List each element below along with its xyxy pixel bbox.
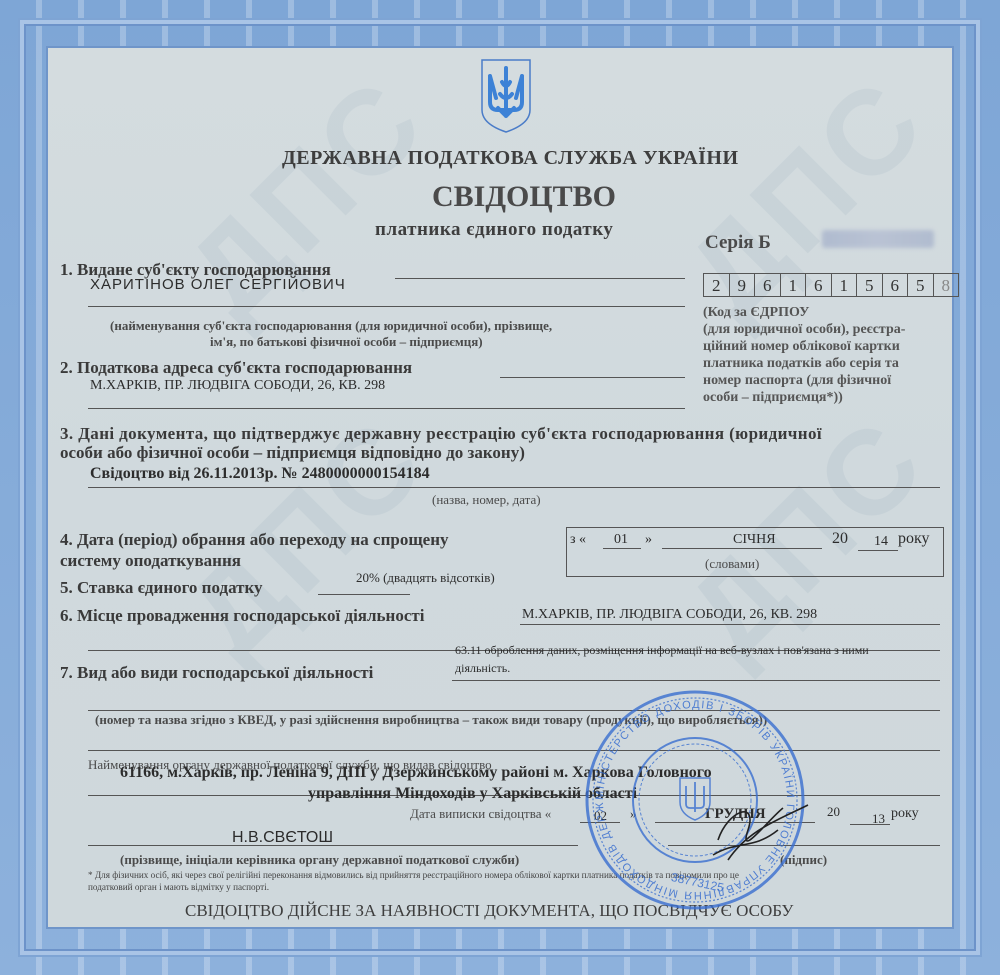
item5-label: 5. Ставка єдиного податку [60, 578, 263, 598]
issue-century: 20 [827, 804, 840, 820]
activity-line-2: діяльність. [455, 661, 510, 676]
date-quote: » [645, 532, 652, 548]
business-location: М.ХАРКІВ, ПР. ЛЮДВІГА СОБОДИ, 26, КВ. 29… [522, 607, 817, 623]
series-number-redacted [822, 230, 934, 248]
item3-label-2: особи або фізичної особи – підприємця ві… [60, 443, 525, 463]
underline [88, 487, 940, 488]
date-hint: (словами) [705, 556, 759, 572]
date-century: 20 [832, 530, 848, 548]
code-note-line: платника податків або серія та [703, 355, 943, 372]
code-digit: 6 [755, 274, 781, 296]
registration-document: Свідоцтво від 26.11.2013р. № 24800000001… [90, 465, 430, 483]
code-digit: 6 [806, 274, 832, 296]
underline [500, 377, 685, 378]
code-digit: 9 [730, 274, 756, 296]
item1-hint-1: (найменування суб'єкта господарювання (д… [110, 318, 552, 334]
date-month: СІЧНЯ [733, 532, 776, 548]
date-year-word: року [898, 530, 930, 548]
date-day: 01 [614, 532, 628, 548]
item4-label-2: систему оподаткування [60, 551, 241, 571]
item2-label: 2. Податкова адреса суб'єкта господарюва… [60, 358, 412, 378]
signatory-hint: (прізвище, ініціали керівника органу дер… [120, 852, 519, 868]
series-label: Серія Б [705, 232, 771, 254]
date-year: 14 [874, 534, 888, 550]
footnote-line-2: податковий орган і мають відмітку у пасп… [88, 882, 269, 892]
code-digit: 6 [883, 274, 909, 296]
document-subtitle: платника єдиного податку [375, 219, 613, 241]
code-note-line: особи – підприємця*)) [703, 389, 943, 406]
code-digit: 2 [704, 274, 730, 296]
issue-year-word: року [891, 806, 919, 822]
official-stamp-icon: МІНІСТЕРСТВО ДОХОДІВ І ЗБОРІВ УКРАЇНИ ГО… [578, 690, 813, 910]
code-digit: 5 [908, 274, 934, 296]
underline [88, 408, 685, 409]
underline [850, 824, 890, 825]
underline [452, 680, 940, 681]
code-note-line: (для юридичної особи), реєстра- [703, 321, 943, 338]
watermark: ДПС [160, 50, 453, 343]
issue-date-label: Дата виписки свідоцтва « [410, 806, 551, 822]
activity-line-1: 63.11 оброблення даних, розміщення інфор… [455, 643, 869, 658]
code-note-line: номер паспорта (для фізичної [703, 372, 943, 389]
item3-hint: (назва, номер, дата) [432, 492, 541, 508]
entity-name: ХАРИТІНОВ ОЛЕГ СЕРГІЙОВИЧ [90, 276, 346, 293]
code-digit: 8 [934, 274, 959, 296]
tax-address: М.ХАРКІВ, ПР. ЛЮДВІГА СОБОДИ, 26, КВ. 29… [90, 378, 385, 394]
code-digit: 1 [832, 274, 858, 296]
code-digit: 1 [781, 274, 807, 296]
item6-label: 6. Місце провадження господарської діяль… [60, 606, 424, 626]
item1-hint-2: ім'я, по батькові фізичної особи – підпр… [210, 334, 483, 350]
watermark: ДПС [660, 50, 953, 343]
item3-label-1: 3. Дані документа, що підтверджує держав… [60, 424, 822, 444]
taxpayer-code-boxes: 2 9 6 1 6 1 5 6 5 8 [703, 273, 959, 297]
code-note-line: ційний номер облікової картки [703, 338, 943, 355]
code-note-line: (Код за ЄДРПОУ [703, 304, 943, 321]
code-digit: 5 [857, 274, 883, 296]
item4-label-1: 4. Дата (період) обрання або переходу на… [60, 530, 449, 550]
underline [662, 548, 822, 549]
underline [88, 845, 578, 846]
underline [88, 306, 685, 307]
certificate-frame: ДПС ДПС ДПС ДПС ДЕРЖАВНА ПОДАТКОВА СЛУЖБ… [0, 0, 1000, 975]
underline [520, 624, 940, 625]
underline [395, 278, 685, 279]
code-note: (Код за ЄДРПОУ (для юридичної особи), ре… [703, 304, 943, 406]
underline [603, 548, 641, 549]
date-from: з « [570, 532, 586, 548]
agency-name: ДЕРЖАВНА ПОДАТКОВА СЛУЖБА УКРАЇНИ [282, 147, 739, 170]
tax-rate: 20% (двадцять відсотків) [356, 570, 495, 586]
underline [858, 550, 898, 551]
item7-label: 7. Вид або види господарської діяльності [60, 663, 373, 683]
trident-coat-of-arms-icon [480, 58, 532, 134]
document-title: СВІДОЦТВО [432, 180, 616, 214]
underline [318, 594, 410, 595]
